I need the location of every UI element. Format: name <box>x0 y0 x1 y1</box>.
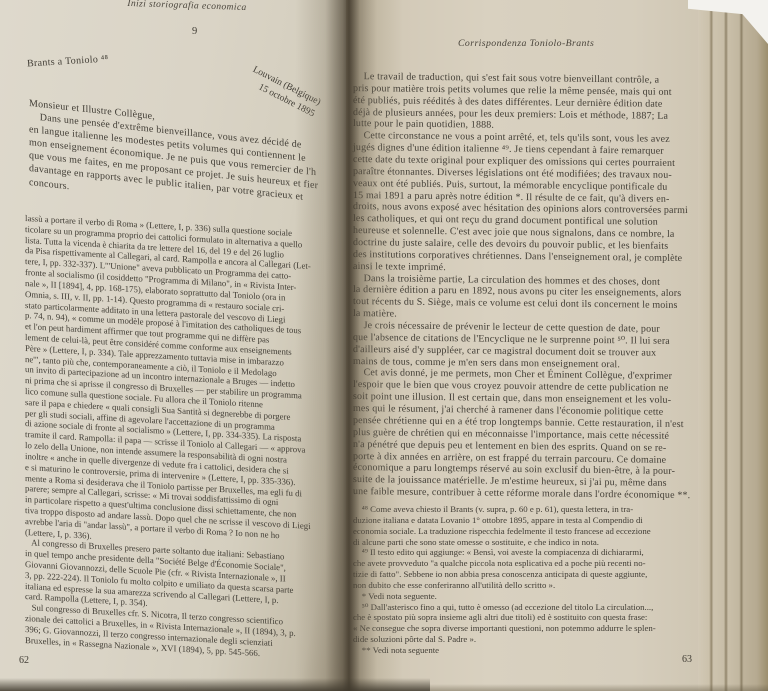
page-edges <box>698 0 768 691</box>
text-line: economia sociale. La traduzione rispecch… <box>353 526 656 537</box>
book-photo: Inizi storiografia economica 9 Brants a … <box>0 0 768 691</box>
right-running-title: Corrispondenza Toniolo-Brants <box>458 38 594 49</box>
left-page-number: 62 <box>19 655 29 666</box>
right-footnotes: ⁴⁸ Come aveva chiesto il Brants (v. supr… <box>353 504 656 656</box>
right-letter-body: Le travail de traduction, qui s'est fait… <box>353 71 690 502</box>
text-line: non dubito che esse conferiranno all'uti… <box>353 580 656 591</box>
text-line: ** Vedi nota seguente <box>353 645 656 656</box>
text-line: tizie di fatto". Sebbene io non abbia pr… <box>353 569 656 580</box>
left-letter-body: Monsieur et Illustre Collègue, Dans une … <box>29 97 318 219</box>
text-line: * Vedi nota seguente. <box>353 591 656 602</box>
letter-heading: Brants a Toniolo ⁴⁸ <box>27 54 109 70</box>
text-line: ⁵⁰ Dall'asterisco fino a qui, tutto è om… <box>353 602 656 613</box>
left-running-title: Inizi storiografia economica <box>92 0 282 14</box>
section-number: 9 <box>192 26 197 37</box>
right-page-number: 63 <box>682 654 692 665</box>
letter-dateline: Louvain (Belgique)15 octobre 1895 <box>244 64 322 121</box>
text-line: che è spostato più sopra insieme agli al… <box>353 612 656 623</box>
text-line: ⁴⁸ Come aveva chiesto il Brants (v. supr… <box>353 504 656 515</box>
text-line: « Ne consegue che sopra diverse importan… <box>353 623 656 634</box>
text-line: ⁴⁹ Il testo edito qui aggiunge: « Bensì,… <box>353 547 656 558</box>
left-page: Inizi storiografia economica 9 Brants a … <box>0 0 346 691</box>
text-line: duzione italiana e datata Lovanio 1° ott… <box>353 515 656 526</box>
text-line: di alcune parti che sono state omesse o … <box>353 537 656 548</box>
text-line: dide soluzioni pôrte dal S. Padre ». <box>353 634 656 645</box>
right-page: Corrispondenza Toniolo-Brants Le travail… <box>346 0 702 691</box>
left-footnotes: lassù a portare il verbo di Roma » (Lett… <box>25 213 311 661</box>
text-line: che avete provveduto "a qualche piccola … <box>353 558 656 569</box>
